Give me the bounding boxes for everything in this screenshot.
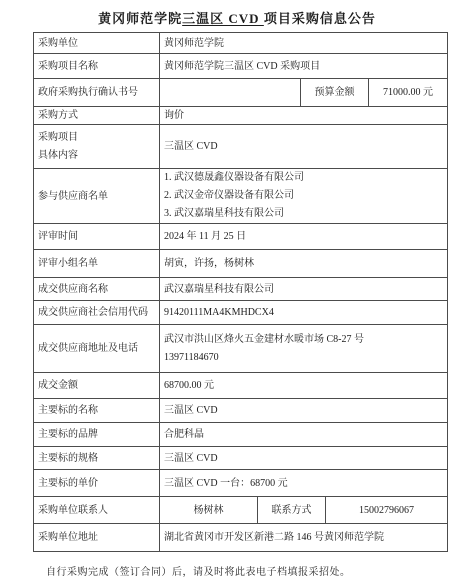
procurement-info-table: 采购单位 黄冈师范学院 采购项目名称 黄冈师范学院三温区 CVD 采购项目 政府… [33, 32, 448, 552]
row-confirmation-number: 政府采购执行确认书号 预算金额 71000.00 元 [34, 79, 447, 107]
row-purchasing-unit: 采购单位 黄冈师范学院 [34, 33, 447, 54]
cell-value: 三温区 CVD [159, 447, 447, 469]
cell-label: 采购项目名称 [34, 54, 159, 78]
cell-value: 91420111MA4KMHDCX4 [159, 301, 447, 324]
cell-label: 成交供应商地址及电话 [34, 325, 159, 372]
cell-value: 2024 年 11 月 25 日 [159, 224, 447, 249]
row-unit-address: 采购单位地址 湖北省黄冈市开发区新港二路 146 号黄冈师范学院 [34, 524, 447, 551]
cell-value: 湖北省黄冈市开发区新港二路 146 号黄冈师范学院 [159, 524, 447, 551]
row-review-panel: 评审小组名单 胡寅，许扬，杨树林 [34, 250, 447, 278]
cell-label: 主要标的规格 [34, 447, 159, 469]
cell-label: 采购方式 [34, 107, 159, 124]
cell-value: 68700.00 元 [159, 373, 447, 398]
supplier-item-3: 3. 武汉嘉瑞星科技有限公司 [164, 205, 443, 223]
cell-value: 武汉嘉瑞星科技有限公司 [159, 278, 447, 300]
row-procurement-method: 采购方式 询价 [34, 107, 447, 125]
cell-value: 询价 [159, 107, 447, 124]
cell-budget-value: 71000.00 元 [368, 79, 447, 106]
cell-label: 主要标的单价 [34, 470, 159, 496]
supplier-item-1: 1. 武汉德晟鑫仪器设备有限公司 [164, 169, 443, 187]
winner-address-line: 武汉市洪山区烽火五金建材水暖市场 C8-27 号 [164, 331, 443, 349]
cell-value: 合肥科晶 [159, 423, 447, 446]
row-winner-name: 成交供应商名称 武汉嘉瑞星科技有限公司 [34, 278, 447, 301]
title-underlined-part: 三温区 CVD [182, 11, 264, 26]
cell-phone-value: 15002796067 [325, 497, 447, 523]
winner-phone-line: 13971184670 [164, 349, 443, 367]
cell-label: 成交供应商名称 [34, 278, 159, 300]
footer-note: 自行采购完成（签订合同）后，请及时将此表电子档填报采招处。 [46, 563, 351, 578]
supplier-item-2: 2. 武汉金帝仪器设备有限公司 [164, 187, 443, 205]
row-project-content: 采购项目 具体内容 三温区 CVD [34, 125, 447, 169]
row-winner-credit-code: 成交供应商社会信用代码 91420111MA4KMHDCX4 [34, 301, 447, 325]
label-line-1: 采购项目 [38, 129, 155, 147]
cell-label: 主要标的品牌 [34, 423, 159, 446]
cell-label: 评审小组名单 [34, 250, 159, 277]
cell-label: 成交金额 [34, 373, 159, 398]
cell-value-empty [159, 79, 300, 106]
row-subject-unit-price: 主要标的单价 三温区 CVD 一台：68700 元 [34, 470, 447, 497]
cell-value: 武汉市洪山区烽火五金建材水暖市场 C8-27 号 13971184670 [159, 325, 447, 372]
page-title: 黄冈师范学院三温区 CVD 项目采购信息公告 [0, 8, 474, 27]
row-subject-spec: 主要标的规格 三温区 CVD [34, 447, 447, 470]
row-project-name: 采购项目名称 黄冈师范学院三温区 CVD 采购项目 [34, 54, 447, 79]
cell-contact-name: 杨树林 [159, 497, 257, 523]
row-subject-name: 主要标的名称 三温区 CVD [34, 399, 447, 423]
row-supplier-list: 参与供应商名单 1. 武汉德晟鑫仪器设备有限公司 2. 武汉金帝仪器设备有限公司… [34, 169, 447, 224]
cell-value: 黄冈师范学院三温区 CVD 采购项目 [159, 54, 447, 78]
row-review-time: 评审时间 2024 年 11 月 25 日 [34, 224, 447, 250]
title-suffix: 项目采购信息公告 [264, 11, 376, 26]
cell-label: 采购单位联系人 [34, 497, 159, 523]
row-subject-brand: 主要标的品牌 合肥科晶 [34, 423, 447, 447]
cell-label: 评审时间 [34, 224, 159, 249]
cell-label: 成交供应商社会信用代码 [34, 301, 159, 324]
document-page: 黄冈师范学院三温区 CVD 项目采购信息公告 采购单位 黄冈师范学院 采购项目名… [0, 0, 474, 586]
cell-value: 黄冈师范学院 [159, 33, 447, 53]
row-deal-amount: 成交金额 68700.00 元 [34, 373, 447, 399]
row-winner-address-phone: 成交供应商地址及电话 武汉市洪山区烽火五金建材水暖市场 C8-27 号 1397… [34, 325, 447, 373]
cell-label: 采购项目 具体内容 [34, 125, 159, 168]
cell-value: 三温区 CVD 一台：68700 元 [159, 470, 447, 496]
cell-budget-label: 预算金额 [300, 79, 368, 106]
title-prefix: 黄冈师范学院 [98, 11, 182, 26]
cell-value: 三温区 CVD [159, 125, 447, 168]
cell-label: 采购单位 [34, 33, 159, 53]
label-line-2: 具体内容 [38, 147, 155, 165]
cell-label: 采购单位地址 [34, 524, 159, 551]
cell-phone-label: 联系方式 [257, 497, 325, 523]
cell-label: 主要标的名称 [34, 399, 159, 422]
cell-label: 参与供应商名单 [34, 169, 159, 223]
cell-label: 政府采购执行确认书号 [34, 79, 159, 106]
cell-value: 1. 武汉德晟鑫仪器设备有限公司 2. 武汉金帝仪器设备有限公司 3. 武汉嘉瑞… [159, 169, 447, 223]
cell-value: 三温区 CVD [159, 399, 447, 422]
row-contact-person: 采购单位联系人 杨树林 联系方式 15002796067 [34, 497, 447, 524]
cell-value: 胡寅，许扬，杨树林 [159, 250, 447, 277]
